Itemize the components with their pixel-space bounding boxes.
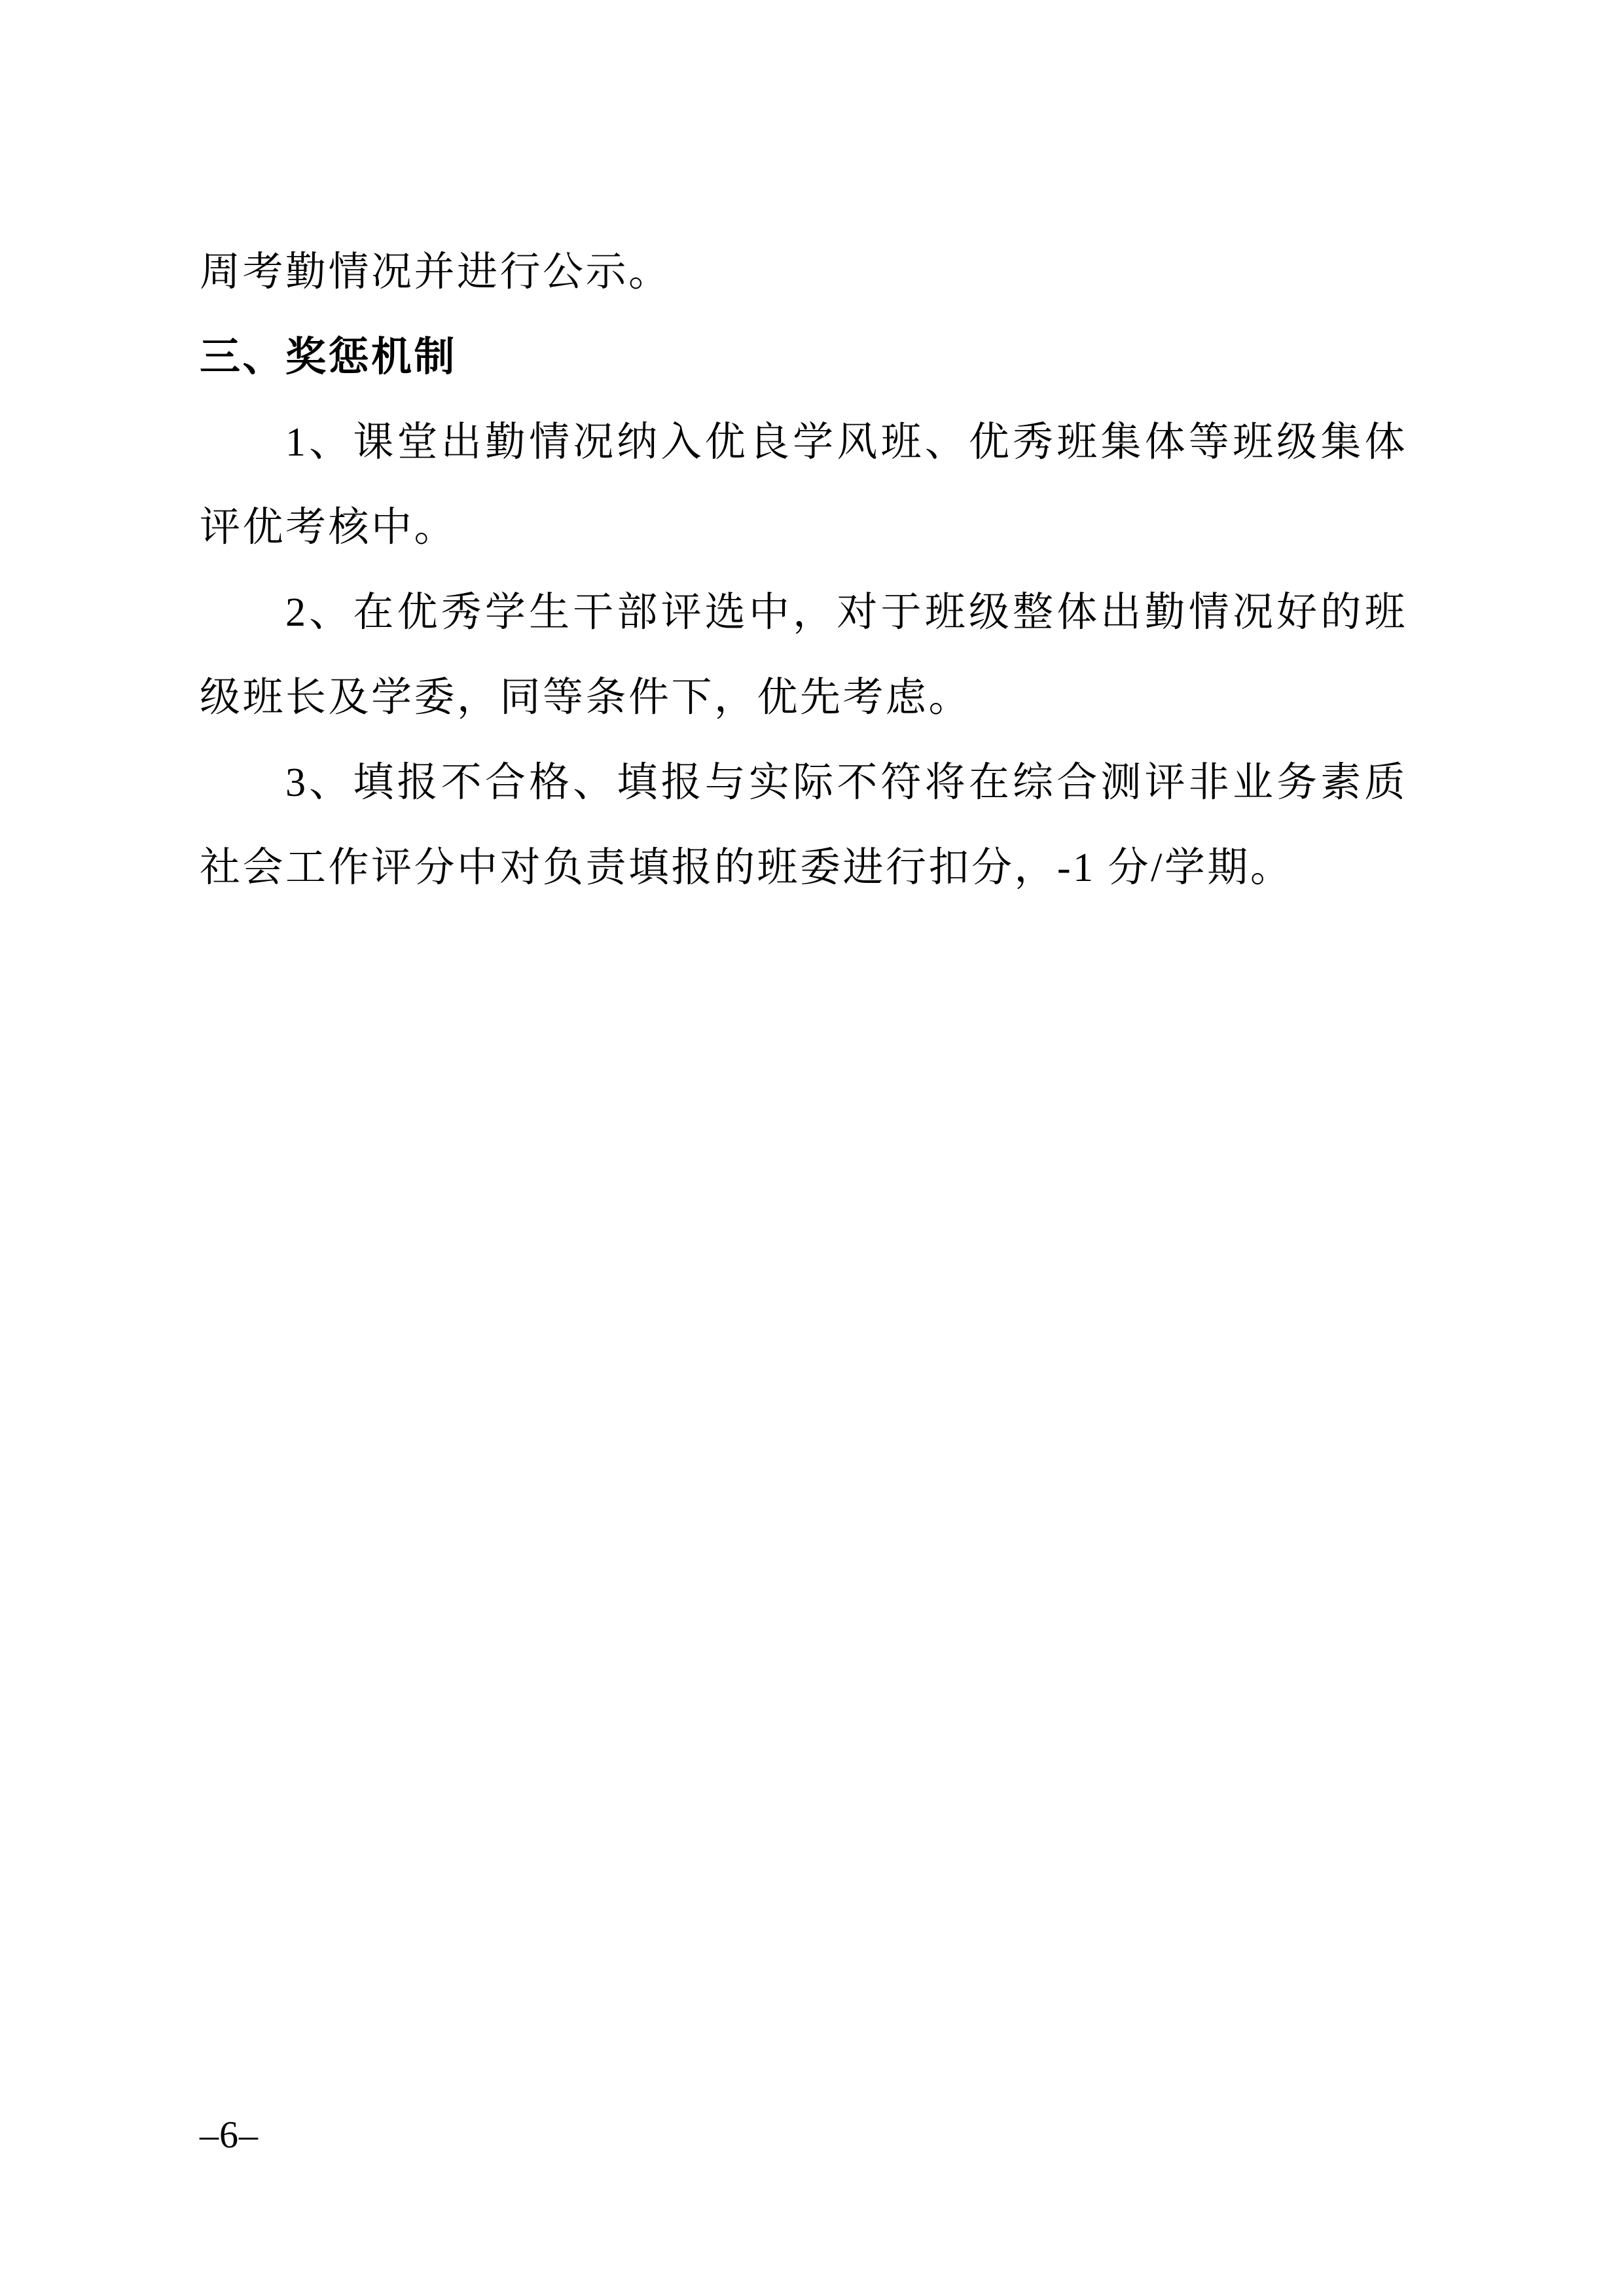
numbered-paragraph-3: 3、填报不合格、填报与实际不符将在综合测评非业务素质社会工作评分中对负责填报的班… <box>200 740 1407 910</box>
document-page: 周考勤情况并进行公示。 三、奖惩机制 1、课堂出勤情况纳入优良学风班、优秀班集体… <box>0 0 1624 2296</box>
numbered-paragraph-2: 2、在优秀学生干部评选中，对于班级整体出勤情况好的班级班长及学委，同等条件下，优… <box>200 570 1407 740</box>
section-heading: 三、奖惩机制 <box>200 315 1407 400</box>
numbered-paragraph-1: 1、课堂出勤情况纳入优良学风班、优秀班集体等班级集体评优考核中。 <box>200 400 1407 570</box>
continuation-paragraph: 周考勤情况并进行公示。 <box>200 230 1407 315</box>
page-number: –6– <box>200 2115 259 2155</box>
document-body: 周考勤情况并进行公示。 三、奖惩机制 1、课堂出勤情况纳入优良学风班、优秀班集体… <box>200 230 1407 910</box>
